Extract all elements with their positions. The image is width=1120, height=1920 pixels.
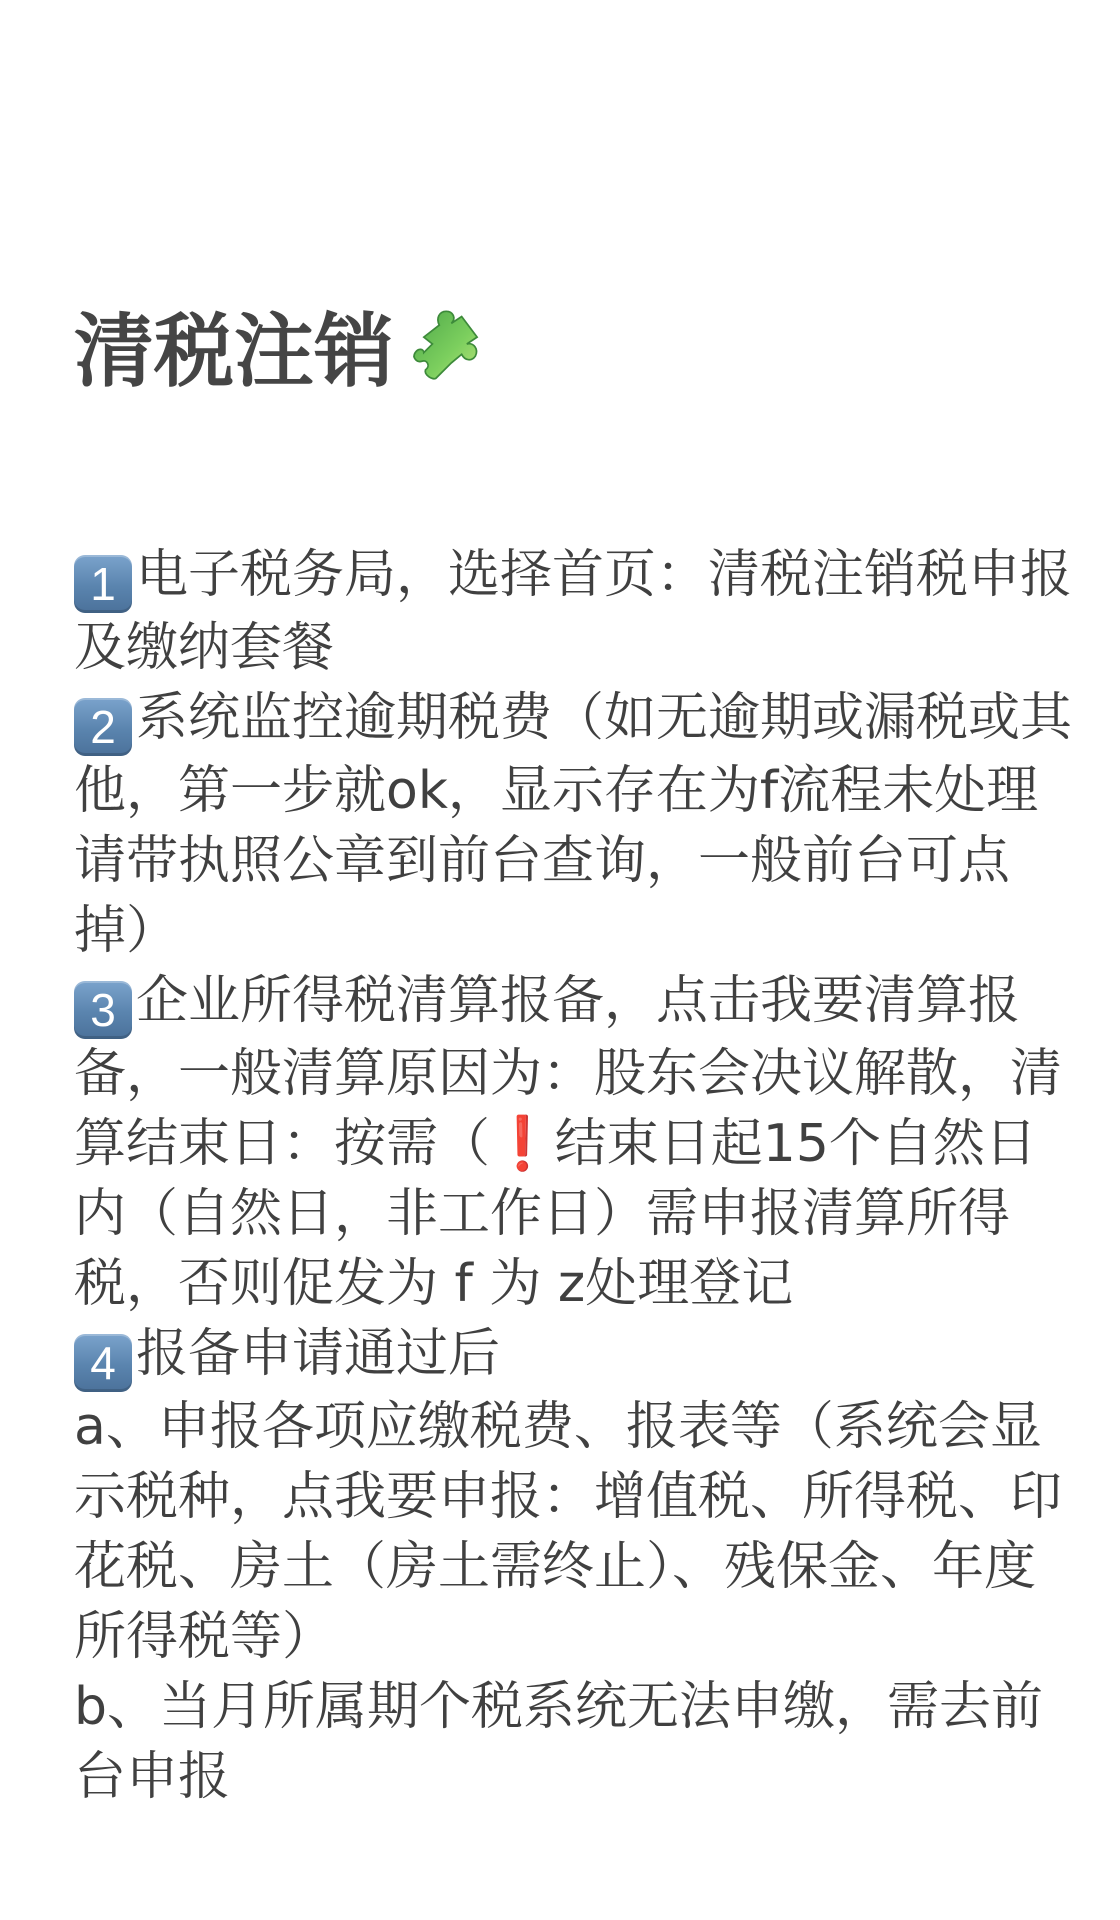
keycap-3-icon: 3 [74, 981, 132, 1039]
subitem-a-label: a、 [74, 1397, 158, 1457]
step-2-text: 系统监控逾期税费（如无逾期或漏税或其他，第一步就ok，显示存在为f流程未处理请带… [74, 688, 1072, 961]
step-1: 1电子税务局，选择首页：清税注销税申报及缴纳套餐 [74, 540, 1074, 683]
exclamation-icon: ❗ [490, 1114, 555, 1174]
keycap-2-icon: 2 [74, 698, 132, 756]
subitem-b: b、当月所属期个税系统无法申缴，需去前台申报 [74, 1672, 1074, 1812]
subitem-a-text: 申报各项应缴税费、报表等（系统会显示税种，点我要申报：增值税、所得税、印花税、房… [74, 1397, 1062, 1667]
keycap-4-icon: 4 [74, 1334, 132, 1392]
step-4-text: 报备申请通过后 [136, 1324, 500, 1384]
puzzle-piece-icon [398, 301, 484, 387]
subitem-b-text: 当月所属期个税系统无法申缴，需去前台申报 [74, 1677, 1043, 1807]
title-text: 清税注销 [74, 287, 394, 402]
page-title: 清税注销 [74, 296, 484, 392]
step-2: 2系统监控逾期税费（如无逾期或漏税或其他，第一步就ok，显示存在为f流程未处理请… [74, 683, 1074, 966]
step-1-text: 电子税务局，选择首页：清税注销税申报及缴纳套餐 [74, 545, 1072, 678]
step-4: 4报备申请通过后 [74, 1319, 1074, 1392]
keycap-1-icon: 1 [74, 555, 132, 613]
subitem-a: a、申报各项应缴税费、报表等（系统会显示税种，点我要申报：增值税、所得税、印花税… [74, 1392, 1074, 1672]
subitem-b-label: b、 [74, 1677, 159, 1737]
content-body: 1电子税务局，选择首页：清税注销税申报及缴纳套餐 2系统监控逾期税费（如无逾期或… [74, 540, 1074, 1812]
step-3: 3企业所得税清算报备，点击我要清算报备，一般清算原因为：股东会决议解散，清算结束… [74, 966, 1074, 1319]
